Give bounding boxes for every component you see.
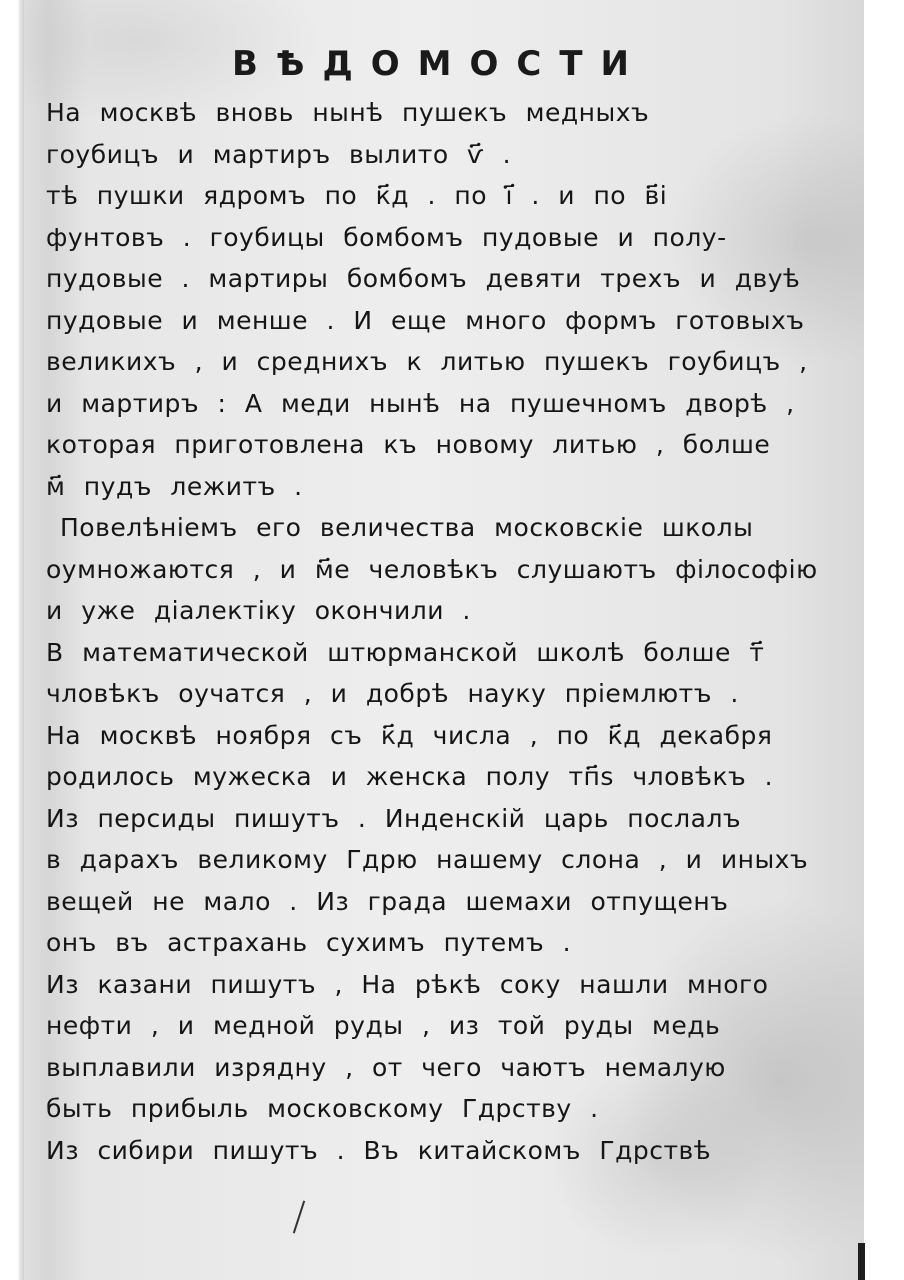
text-line: выплавили изрядну , от чего чаютъ немалу… — [46, 1047, 826, 1089]
paragraph-start-line: На москвѣ ноября съ к҃д числа , по к҃д д… — [46, 715, 826, 757]
paragraph-start-line: Из сибири пишутъ . Въ китайскомъ Гдрствѣ — [46, 1130, 826, 1172]
paragraph-start-line: Из персиды пишутъ . Инденскій царь посла… — [46, 798, 826, 840]
paragraph-start-line: Из казани пишутъ , На рѣкѣ соку нашли мн… — [46, 964, 826, 1006]
paragraph-start-line: В математической штюрманской школѣ болше… — [46, 632, 826, 674]
text-line: чловѣкъ оучатся , и добрѣ науку пріемлют… — [46, 673, 826, 715]
text-line: нефти , и медной руды , из той руды медь — [46, 1005, 826, 1047]
text-line: тѣ пушки ядромъ по к҃д . по і҃ . и по в҃… — [46, 175, 826, 217]
page-left-edge — [18, 0, 24, 1280]
text-line: фунтовъ . гоубицы бомбомъ пудовые и полу… — [46, 217, 826, 259]
text-line: родилось мужеска и женска полу тп҃ѕ члов… — [46, 756, 826, 798]
text-line: в дарахъ великому Гдрю нашему слона , и … — [46, 839, 826, 881]
text-line: и уже діалектіку окончили . — [46, 590, 826, 632]
text-line: быть прибыль московскому Гдрству . — [46, 1088, 826, 1130]
text-line: оумножаются , и м҃е человѣкъ слушаютъ фі… — [46, 549, 826, 591]
document-body: На москвѣ вновь нынѣ пушекъ медныхъ гоуб… — [46, 92, 826, 1171]
text-line: онъ въ астрахань сухимъ путемъ . — [46, 922, 826, 964]
text-line: гоубицъ и мартиръ вылито ѵ҃ . — [46, 134, 826, 176]
text-line: пудовые . мартиры бомбомъ девяти трехъ и… — [46, 258, 826, 300]
paragraph-start-line: Повелѣніемъ его величества московскіе шк… — [46, 507, 826, 549]
binding-mark — [858, 1243, 865, 1280]
document-title: ВѢДОМОСТИ — [232, 44, 672, 84]
text-line: и мартиръ : А меди нынѣ на пушечномъ дво… — [46, 383, 826, 425]
text-line: которая приготовлена къ новому литью , б… — [46, 424, 826, 466]
text-line: великихъ , и среднихъ к литью пушекъ гоу… — [46, 341, 826, 383]
text-line: пудовые и менше . И еще много формъ гото… — [46, 300, 826, 342]
text-line: м҃ пудъ лежитъ . — [46, 466, 826, 508]
text-line: На москвѣ вновь нынѣ пушекъ медныхъ — [46, 92, 826, 134]
text-line: вещей не мало . Из града шемахи отпущенъ — [46, 881, 826, 923]
